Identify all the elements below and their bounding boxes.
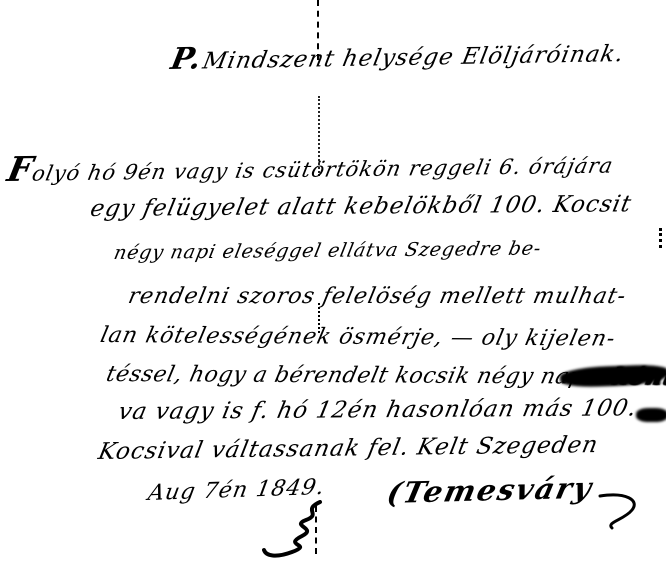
signature-text: (Temesváry [384, 471, 597, 510]
scan-edge-marks [659, 228, 662, 248]
heading-initial-flourish: P. [168, 41, 205, 77]
body-line-2: egy felügyelet alatt kebelökből 100. Koc… [88, 191, 634, 222]
signature: (Temesváry [384, 471, 597, 510]
line4-text: rendelni szoros felelöség mellett mulhat… [126, 284, 629, 309]
body-line-3: négy napi eleséggel ellátva Szegedre be- [112, 238, 543, 264]
line8-text: Kocsival váltassanak fel. Kelt Szegeden [96, 432, 601, 465]
body-line-1: Folyó hó 9én vagy is csütörtökön reggeli… [4, 142, 618, 190]
pen-flourish-swash [262, 500, 372, 562]
line2-text: egy felügyelet alatt kebelökből 100. Koc… [88, 191, 634, 222]
heading-text: Mindszent helysége Elöljáróinak. [201, 41, 627, 74]
line1-text: olyó hó 9én vagy is csütörtökön reggeli … [30, 154, 616, 186]
body-line-4: rendelni szoros felelöség mellett mulhat… [126, 284, 629, 309]
body-line-8: Kocsival váltassanak fel. Kelt Szegeden [96, 432, 601, 465]
body-line-7: va vagy is f. hó 12én hasonlóan más 100. [116, 395, 639, 425]
letter-heading: P.Mindszent helysége Elöljáróinak. [168, 34, 628, 77]
line3-text: négy napi eleséggel ellátva Szegedre be- [112, 238, 543, 264]
line6-text: téssel, hogy a bérendelt kocsik négy nap… [104, 362, 615, 390]
line5-text: lan kötelességének ösmérje, — oly kijele… [98, 323, 618, 352]
line7-text: va vagy is f. hó 12én hasonlóan más 100. [116, 395, 639, 425]
manuscript-scan: P.Mindszent helysége Elöljáróinak. Folyó… [0, 0, 666, 564]
signature-flourish [596, 492, 642, 532]
body-line-5: lan kötelességének ösmérje, — oly kijele… [98, 323, 618, 352]
ink-blot-small [636, 408, 666, 422]
